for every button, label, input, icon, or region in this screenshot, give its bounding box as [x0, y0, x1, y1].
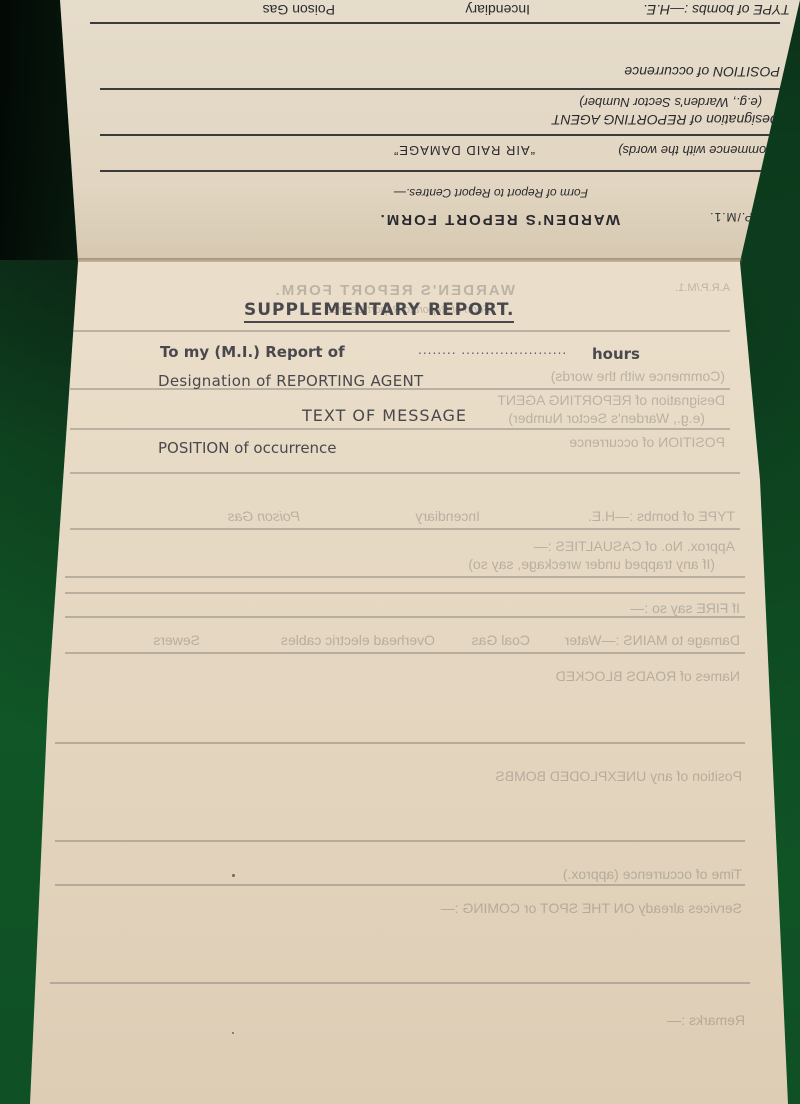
designation-label: Designation of REPORTING AGENT: [552, 112, 780, 128]
top-flap-content: A.R.P./M.1. WARDEN'S REPORT FORM. Form o…: [60, 0, 780, 262]
text-of-message-heading: TEXT OF MESSAGE: [302, 406, 467, 425]
ghost-electric: Overhead electric cables: [281, 632, 435, 648]
rule: [100, 89, 780, 91]
ghost-services: Services already ON THE SPOT or COMING :…: [441, 900, 742, 916]
type-bombs-label: TYPE of bombs :—H.E.: [643, 2, 790, 18]
poison-gas-option: Poison Gas: [263, 2, 335, 18]
incendiary-option: Incendiary: [465, 2, 530, 18]
ghost-form-code: A.R.P./M.1.: [675, 282, 730, 294]
supplementary-report-title: SUPPLEMENTARY REPORT.: [244, 300, 514, 323]
rule: [100, 171, 780, 173]
paper-speck: [232, 1032, 234, 1034]
ghost-designation: Designation of REPORTING AGENT: [497, 392, 725, 408]
rule: [90, 23, 780, 25]
designation-sub: (e.g., Warden's Sector Number): [579, 95, 762, 110]
ghost-casualties-sub: (If any trapped under wreckage, say so): [468, 556, 715, 572]
ghost-designation-sub: (e.g., Warden's Sector Number): [508, 410, 705, 426]
commence-label: (Commence with the words): [618, 143, 780, 158]
ghost-title: WARDEN'S REPORT FORM.: [274, 282, 515, 299]
ghost-sewers: Sewers: [153, 632, 200, 648]
ghost-unexploded: Position of any UNEXPLODED BOMBS: [495, 768, 742, 784]
ghost-poison-gas: Poison Gas: [228, 508, 300, 524]
report-ref-prefix: To my (M.I.) Report of: [160, 343, 345, 361]
paper-speck: [232, 874, 235, 877]
hours-label: hours: [592, 345, 640, 363]
form-title: WARDEN'S REPORT FORM.: [379, 211, 620, 228]
top-flap: A.R.P./M.1. WARDEN'S REPORT FORM. Form o…: [0, 0, 800, 262]
ghost-incendiary: Incendiary: [415, 508, 480, 524]
position-label: POSITION of occurrence: [624, 64, 780, 80]
ghost-type-bombs: TYPE of bombs :—H.E.: [588, 508, 735, 524]
rule: [100, 135, 780, 137]
ghost-remarks: Remarks :—: [667, 1012, 745, 1028]
ghost-casualties: Approx. No. of CASUALTIES :—: [534, 538, 735, 554]
position-line: POSITION of occurrence: [158, 439, 337, 457]
ghost-coal-gas: Coal Gas: [472, 632, 530, 648]
ghost-commence: (Commence with the words): [551, 368, 725, 384]
ghost-position: POSITION of occurrence: [569, 434, 725, 450]
form-subtitle: Form of Report to Report Centres.—: [394, 186, 588, 200]
designation-line: Designation of REPORTING AGENT: [158, 372, 423, 390]
ghost-mains: Damage to MAINS :—Water: [565, 632, 740, 648]
air-raid-damage: “AIR RAID DAMAGE”: [393, 143, 535, 158]
ghost-roads: Names of ROADS BLOCKED: [556, 668, 740, 684]
report-hours-field[interactable]: ........ ......................: [418, 343, 567, 357]
ghost-time: Time of occurrence (approx.): [563, 866, 742, 882]
ghost-fire: If FIRE say so :—: [630, 600, 740, 616]
